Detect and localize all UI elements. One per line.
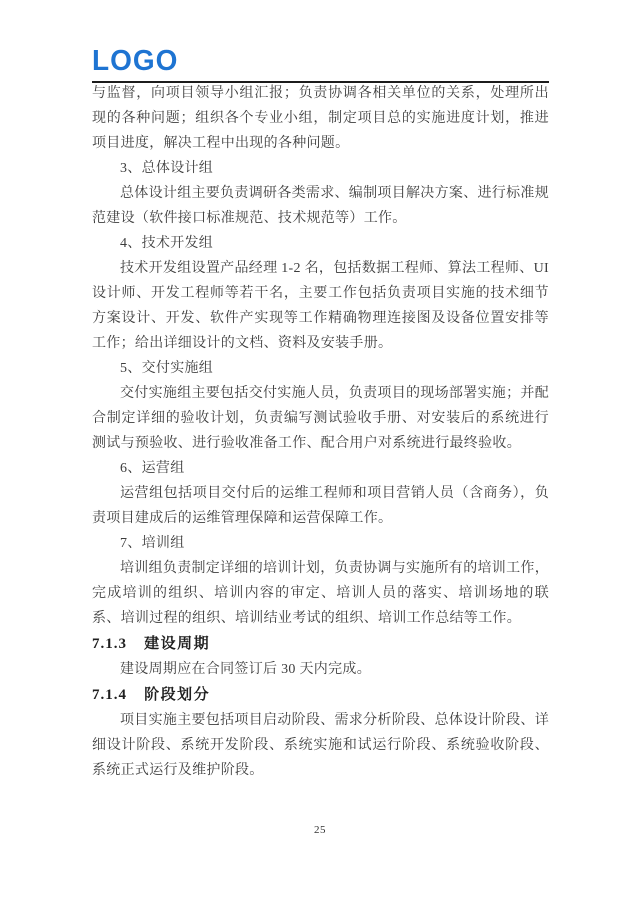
page-footer: 25 xyxy=(0,824,640,836)
list-item-4: 4、技术开发组 xyxy=(92,231,549,256)
list-item-5: 5、交付实施组 xyxy=(92,356,549,381)
list-item-3: 3、总体设计组 xyxy=(92,156,549,181)
logo-text: LOGO xyxy=(92,44,178,79)
page-header: LOGO xyxy=(92,44,549,78)
page-number: 25 xyxy=(314,824,326,836)
paragraph: 培训组负责制定详细的培训计划，负责协调与实施所有的培训工作，完成培训的组织、培训… xyxy=(92,556,549,631)
heading-title: 阶段划分 xyxy=(144,686,210,703)
list-item-6: 6、运营组 xyxy=(92,456,549,481)
heading-number: 7.1.3 xyxy=(92,636,127,652)
paragraph: 总体设计组主要负责调研各类需求、编制项目解决方案、进行标准规范建设（软件接口标准… xyxy=(92,181,549,231)
document-page: LOGO 与监督，向项目领导小组汇报；负责协调各相关单位的关系，处理所出现的各种… xyxy=(0,0,640,906)
section-heading-7-1-4: 7.1.4 阶段划分 xyxy=(92,682,549,708)
paragraph: 项目实施主要包括项目启动阶段、需求分析阶段、总体设计阶段、详细设计阶段、系统开发… xyxy=(92,708,549,783)
paragraph: 交付实施组主要包括交付实施人员，负责项目的现场部署实施；并配合制定详细的验收计划… xyxy=(92,381,549,456)
paragraph: 建设周期应在合同签订后 30 天内完成。 xyxy=(92,657,549,682)
paragraph: 技术开发组设置产品经理 1-2 名，包括数据工程师、算法工程师、UI 设计师、开… xyxy=(92,256,549,356)
list-item-7: 7、培训组 xyxy=(92,531,549,556)
document-body: 与监督，向项目领导小组汇报；负责协调各相关单位的关系，处理所出现的各种问题；组织… xyxy=(92,81,549,783)
section-heading-7-1-3: 7.1.3 建设周期 xyxy=(92,631,549,657)
heading-title: 建设周期 xyxy=(144,635,210,652)
heading-number: 7.1.4 xyxy=(92,687,127,703)
paragraph-continuation: 与监督，向项目领导小组汇报；负责协调各相关单位的关系，处理所出现的各种问题；组织… xyxy=(92,81,549,156)
paragraph: 运营组包括项目交付后的运维工程师和项目营销人员（含商务），负责项目建成后的运维管… xyxy=(92,481,549,531)
